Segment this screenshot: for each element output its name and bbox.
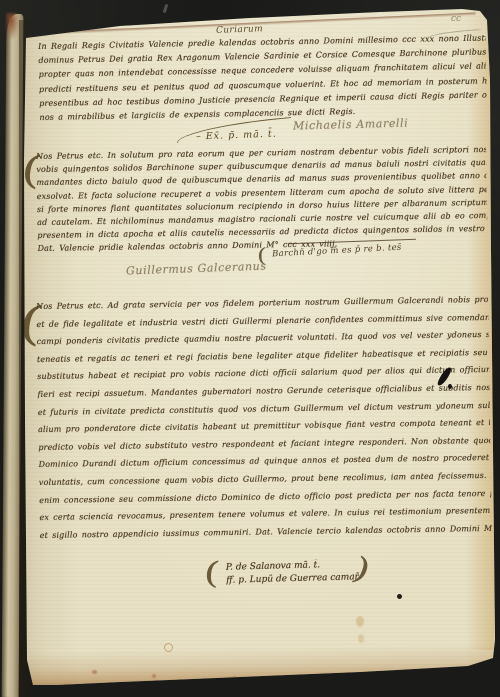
backdrop-speck bbox=[163, 4, 169, 13]
signature-block: P. de Salanova mā. t̄. ff. p. Lupū de Gu… bbox=[226, 558, 359, 587]
ink-dot bbox=[397, 594, 402, 599]
margin-note-galceranus: Guillermus Galceranus bbox=[126, 260, 267, 278]
manuscript-page: Curiarum cc In Regali Regis Civitatis Va… bbox=[0, 0, 500, 697]
paragraph-3: Nos Petrus etc. Ad grata servicia per vo… bbox=[36, 291, 492, 544]
ink-blot-dot bbox=[448, 384, 452, 389]
binding-edge-tip bbox=[6, 13, 19, 39]
registrar-mark: – Ex̄. p̄. mā. t̄. bbox=[196, 129, 277, 143]
stain bbox=[356, 616, 364, 627]
paragraph-2: Nos Petrus etc. In solutum pro rata eoru… bbox=[36, 143, 488, 256]
signature-line: ff. p. Lupū de Guerrea camar̄ bbox=[226, 571, 359, 587]
page-header-word: Curiarum bbox=[216, 24, 263, 36]
paragraph-1: In Regali Regis Civitatis Valencie predi… bbox=[38, 31, 488, 125]
signature-flourish-right: ) bbox=[348, 551, 376, 588]
bottom-stain-band bbox=[26, 644, 495, 690]
folio-number: cc bbox=[451, 14, 461, 24]
manuscript-photo: Curiarum cc In Regali Regis Civitatis Va… bbox=[0, 0, 500, 697]
margin-note-amarelli: Michaelis Amarelli bbox=[293, 116, 409, 132]
signature-bracket-left: ( bbox=[202, 556, 222, 592]
stain bbox=[358, 634, 364, 643]
